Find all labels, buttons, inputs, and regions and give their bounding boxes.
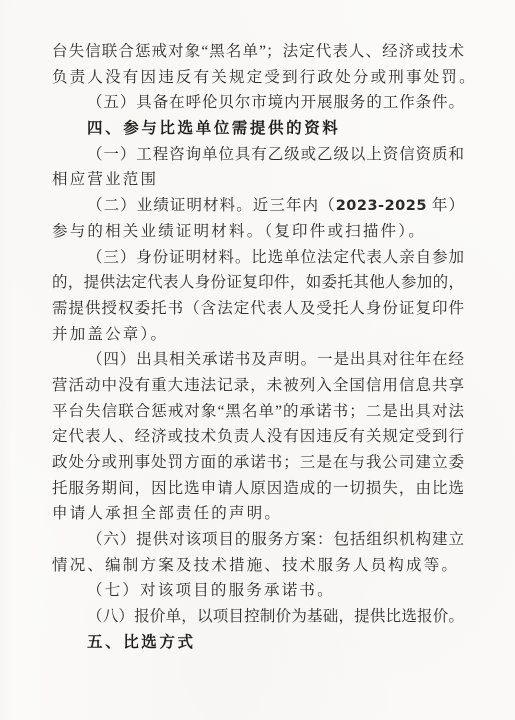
text-line: 并加盖公章）。 [52, 322, 464, 348]
text-line: （六）提供对该项目的服务方案：包括组织机构建立 [52, 527, 464, 553]
text-line: （三）身份证明材料。比选单位法定代表人亲自参加 [52, 245, 464, 271]
text-segment: 年） [427, 197, 464, 214]
text-line: 平台失信联合惩戒对象“黑名单”的承诺书；二是出具对法 [52, 399, 464, 425]
text-line: 政处分或刑事处罚方面的承诺书；三是在与我公司建立委 [52, 450, 464, 476]
text-line: 相应营业范围 [52, 167, 464, 193]
document-page: 台失信联合惩戒对象“黑名单”；法定代表人、经济或技术负责人没有因违反有关规定受到… [0, 0, 515, 720]
section-heading: 四、参与比选单位需提供的资料 [52, 116, 464, 142]
text-line: （七）对该项目的服务承诺书。 [52, 578, 464, 604]
section-heading: 五、比选方式 [52, 630, 464, 656]
text-line: 情况、编制方案及技术措施、技术服务人员构成等。 [52, 553, 464, 579]
text-line: （二）业绩证明材料。近三年内（2023-2025 年） [52, 193, 464, 219]
text-block: 台失信联合惩戒对象“黑名单”；法定代表人、经济或技术负责人没有因违反有关规定受到… [52, 39, 464, 656]
text-segment: （二）业绩证明材料。近三年内（ [87, 197, 336, 214]
text-line: （八）报价单，以项目控制价为基础，提供比选报价。 [52, 604, 464, 630]
text-line: （五）具备在呼伦贝尔市境内开展服务的工作条件。 [52, 90, 464, 116]
text-line: 营活动中没有重大违法记录，未被列入全国信用信息共享 [52, 373, 464, 399]
text-line: 托服务期间，因比选申请人原因造成的一切损失，由比选 [52, 476, 464, 502]
text-line: 负责人没有因违反有关规定受到行政处分或刑事处罚。 [52, 65, 464, 91]
text-line: 台失信联合惩戒对象“黑名单”；法定代表人、经济或技术 [52, 39, 464, 65]
text-line: 需提供授权委托书（含法定代表人及受托人身份证复印件 [52, 296, 464, 322]
text-line: （一）工程咨询单位具有乙级或乙级以上资信资质和 [52, 142, 464, 168]
text-line: （四）出具相关承诺书及声明。一是出具对往年在经 [52, 347, 464, 373]
text-line: 定代表人、经济或技术负责人没有因违反有关规定受到行 [52, 424, 464, 450]
text-line: 申请人承担全部责任的声明。 [52, 501, 464, 527]
text-line: 的，提供法定代表人身份证复印件，如委托其他人参加的， [52, 270, 464, 296]
text-line: 参与的相关业绩证明材料。（复印件或扫描件）。 [52, 219, 464, 245]
year-range-numeral: 2023-2025 [336, 198, 427, 214]
